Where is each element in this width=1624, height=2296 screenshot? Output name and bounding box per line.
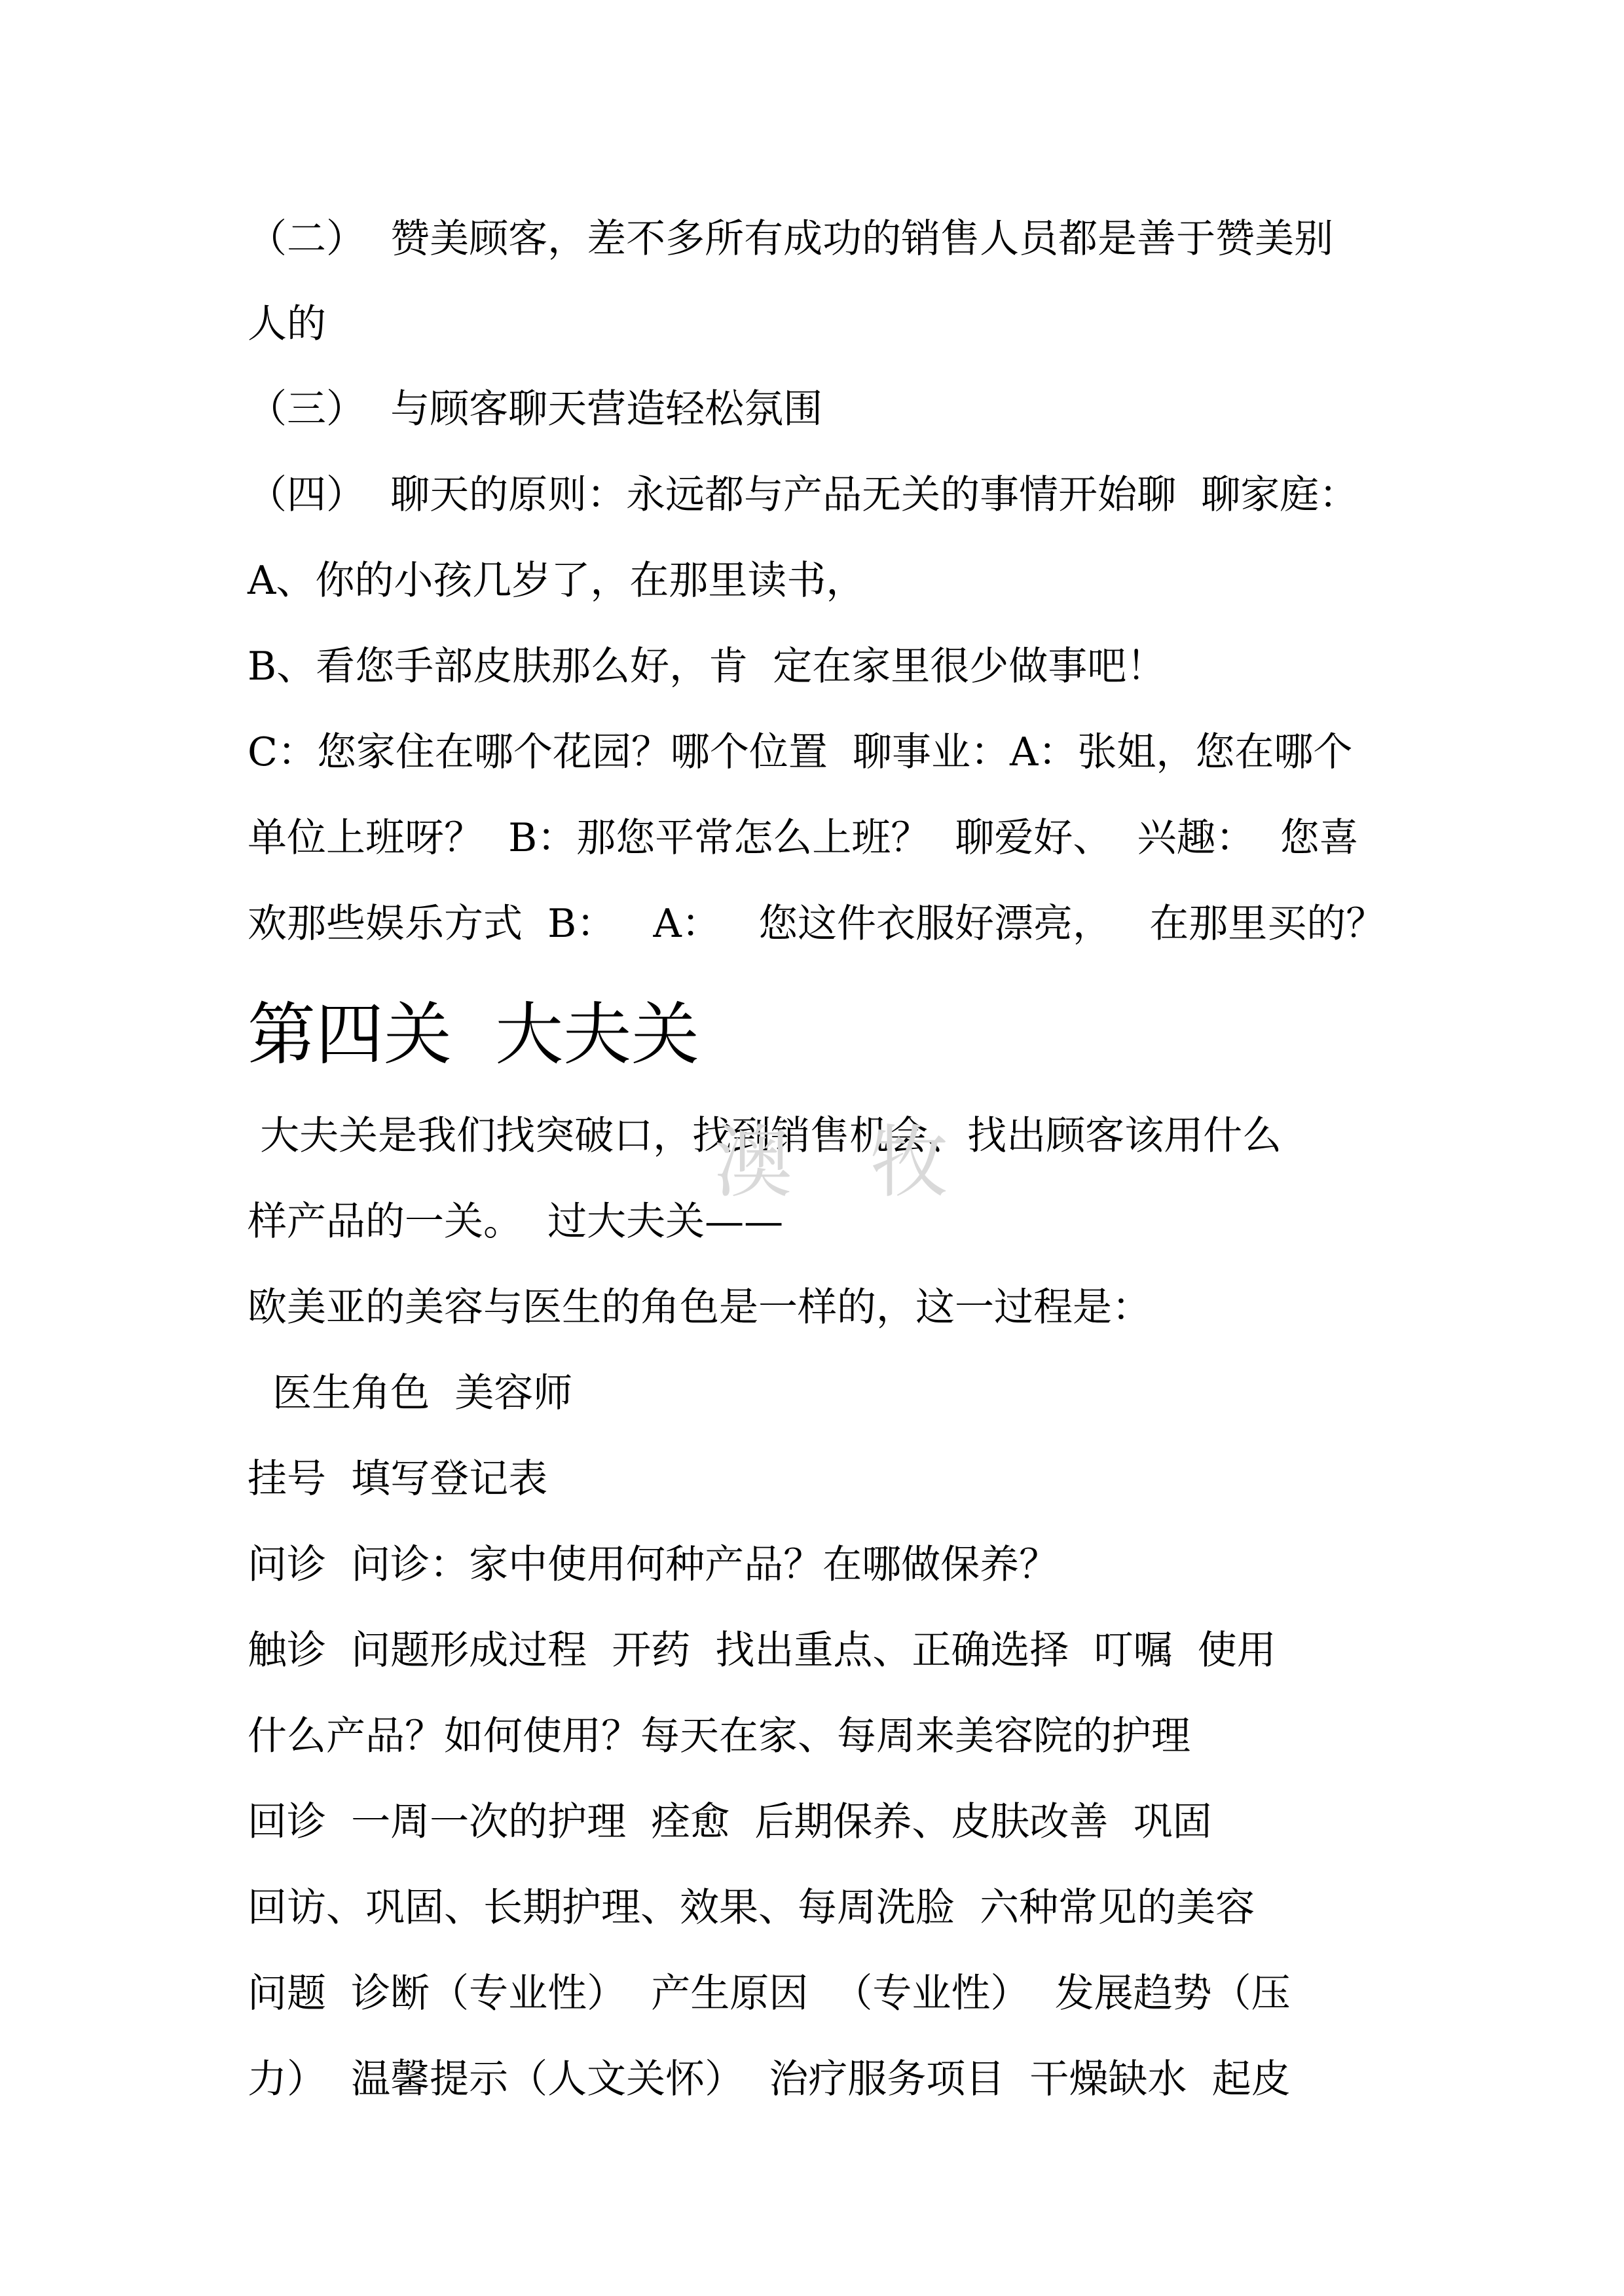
paragraph-line: （四） 聊天的原则：永远都与产品无关的事情开始聊 聊家庭： <box>248 469 1358 521</box>
paragraph-line: 触诊 问题形成过程 开药 找出重点、正确选择 叮嘱 使用 <box>248 1624 1276 1677</box>
paragraph-line: 回访、巩固、长期护理、效果、每周洗脸 六种常见的美容 <box>248 1882 1255 1934</box>
paragraph-line: A、你的小孩几岁了，在那里读书， <box>248 555 865 607</box>
paragraph-line: 回诊 一周一次的护理 痊愈 后期保养、皮肤改善 巩固 <box>248 1796 1212 1848</box>
paragraph-line: 问题 诊断（专业性） 产生原因 （专业性） 发展趋势（压 <box>248 1967 1291 2020</box>
paragraph-line: B、看您手部皮肤那么好，肯 定在家里很少做事吧！ <box>248 640 1166 693</box>
paragraph-line: C：您家住在哪个花园？哪个位置 聊事业：A：张姐，您在哪个 <box>248 726 1352 778</box>
paragraph-line: （二） 赞美顾客，差不多所有成功的销售人员都是善于赞美别 <box>248 213 1333 265</box>
paragraph-line: 力） 温馨提示（人文关怀） 治疗服务项目 干燥缺水 起皮 <box>248 2053 1291 2105</box>
watermark: 澳 牧 <box>714 1100 974 1212</box>
paragraph-line: 单位上班呀？ B：那您平常怎么上班？ 聊爱好、 兴趣： 您喜 <box>248 812 1359 864</box>
paragraph-line: 问诊 问诊：家中使用何种产品？在哪做保养？ <box>248 1539 1058 1591</box>
section-heading: 第四关 大夫关 <box>248 995 699 1074</box>
paragraph-line: 样产品的一关。 过大夫关—— <box>248 1195 783 1248</box>
paragraph-line: 什么产品？如何使用？每天在家、每周来美容院的护理 <box>248 1710 1190 1762</box>
paragraph-line: 欧美亚的美容与医生的角色是一样的，这一过程是： <box>248 1281 1151 1334</box>
paragraph-line: 欢那些娱乐方式 B： A： 您这件衣服好漂亮， 在那里买的？ <box>248 898 1385 950</box>
paragraph-line: （三） 与顾客聊天营造轻松氛围 <box>248 383 822 435</box>
paragraph-line: 医生角色 美容师 <box>248 1367 572 1419</box>
paragraph-line: 人的 <box>248 298 326 350</box>
paragraph-line: 挂号 填写登记表 <box>248 1453 547 1505</box>
